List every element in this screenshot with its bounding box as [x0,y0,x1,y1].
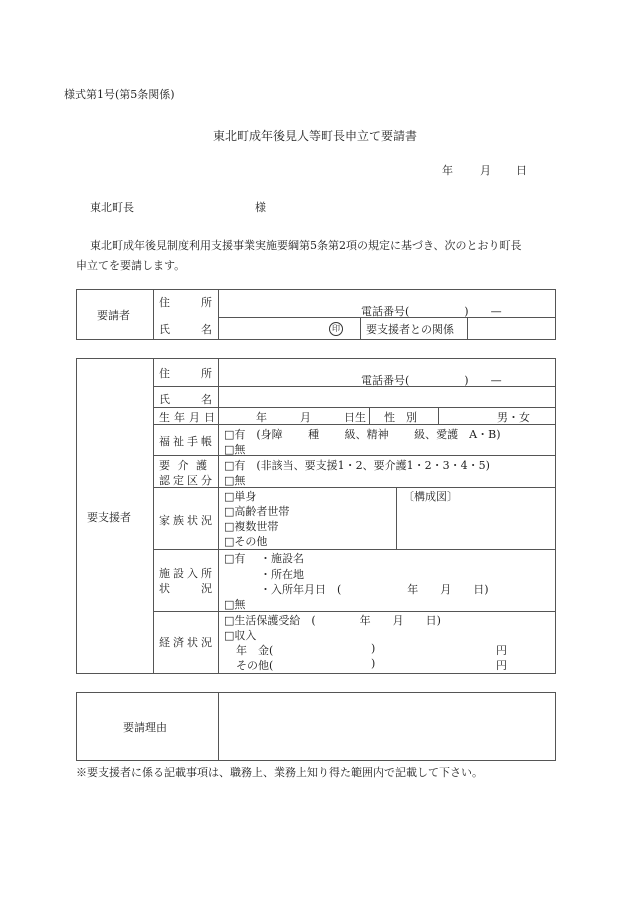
requester-name-label: 氏 名 [159,321,212,337]
seal-icon: 印 [329,322,343,336]
facility-date-item[interactable]: ・入所年月日 ( 年 月 日) [260,581,489,597]
welfare-label: 福祉手帳 [159,433,215,449]
reason-label: 要請理由 [123,719,167,735]
facility-label-1: 施設入所 [159,565,215,581]
label-char: 氏 [159,321,170,337]
body-text-line1: 東北町成年後見制度利用支援事業実施要綱第5条第2項の規定に基づき、次のとおり町長 [90,237,522,253]
economy-welfare-checkbox[interactable]: □生活保護受給 ( 年 月 日) [224,612,441,628]
label-char: 況 [201,580,212,596]
family-label: 家族状況 [159,512,215,528]
requester-phone[interactable]: 電話番号( ) — [361,303,502,319]
care-no-checkbox[interactable]: □無 [224,472,245,488]
pension-paren-close: ) [371,642,375,655]
relation-label: 要支援者との関係 [366,321,454,337]
requester-address-label: 住 所 [159,294,212,310]
care-label-2: 認定区分 [159,472,215,488]
facility-yes-checkbox[interactable]: □有 [224,550,245,566]
care-label-1: 要 介 護 [159,457,209,473]
divider [360,317,361,340]
seal-mark: 印 [329,321,343,336]
supported-section-label: 要支援者 [87,509,131,525]
addressee: 東北町長 [90,199,134,215]
supported-name-field[interactable] [220,387,555,406]
economy-income-checkbox[interactable]: □収入 [224,627,256,643]
reason-field[interactable] [219,693,555,760]
requester-section-label: 要請者 [97,307,130,323]
label-char: 状 [159,580,170,596]
pension-yen: 円 [496,642,507,658]
birth-value[interactable]: 年 月 日生 [256,409,366,425]
family-diagram-field[interactable] [397,500,555,548]
body-text-line2: 申立てを要請します。 [76,257,185,273]
relation-field[interactable] [468,318,555,339]
honorific: 様 [255,199,266,215]
economy-label: 経済状況 [159,634,215,650]
birth-label: 生年月日 [159,409,219,425]
form-number: 様式第1号(第5条関係) [64,86,175,102]
facility-no-checkbox[interactable]: □無 [224,596,245,612]
other-yen: 円 [496,657,507,673]
divider [153,549,556,550]
divider [153,407,556,408]
date-month: 月 [480,162,491,178]
requester-name-field[interactable] [220,318,340,339]
footer-note: ※要支援者に係る記載事項は、職務上、業務上知り得た範囲内で記載して下さい。 [76,764,483,780]
label-char: 住 [159,294,170,310]
welfare-yes-checkbox[interactable]: □有 (身障 種 級、精神 級、愛護 A・B) [224,426,501,442]
date-day: 日 [516,162,527,178]
care-yes-checkbox[interactable]: □有 (非該当、要支援1・2、要介護1・2・3・4・5) [224,457,490,473]
divider [153,358,154,674]
divider [369,407,370,424]
facility-name-item: ・施設名 [260,550,304,566]
page-title: 東北町成年後見人等町長申立て要請書 [213,127,417,144]
facility-location-item: ・所在地 [260,566,304,582]
supported-address-label: 住 所 [159,365,212,381]
family-elderly-checkbox[interactable]: □高齢者世帯 [224,503,289,519]
sex-label: 性 別 [384,409,417,425]
divider [438,407,439,424]
supported-phone[interactable]: 電話番号( ) — [361,372,502,388]
label-char: 氏 [159,391,170,407]
other-income-label: その他( [236,657,273,673]
supported-address-field[interactable] [220,359,360,385]
supported-name-label: 氏 名 [159,391,212,407]
facility-label-2: 状 況 [159,580,212,596]
sex-value[interactable]: 男・女 [497,409,530,425]
family-other-checkbox[interactable]: □その他 [224,533,267,549]
pension-label: 年 金( [236,642,273,658]
divider [218,358,219,674]
divider [153,455,556,456]
label-char: 名 [201,321,212,337]
divider [218,289,219,340]
requester-address-field[interactable] [220,290,360,316]
family-multiple-checkbox[interactable]: □複数世帯 [224,518,278,534]
other-paren-close: ) [371,657,375,670]
divider [153,289,154,340]
date-year: 年 [442,162,453,178]
label-char: 名 [201,391,212,407]
family-single-checkbox[interactable]: □単身 [224,488,256,504]
label-char: 所 [201,294,212,310]
label-char: 住 [159,365,170,381]
welfare-no-checkbox[interactable]: □無 [224,441,245,457]
label-char: 所 [201,365,212,381]
